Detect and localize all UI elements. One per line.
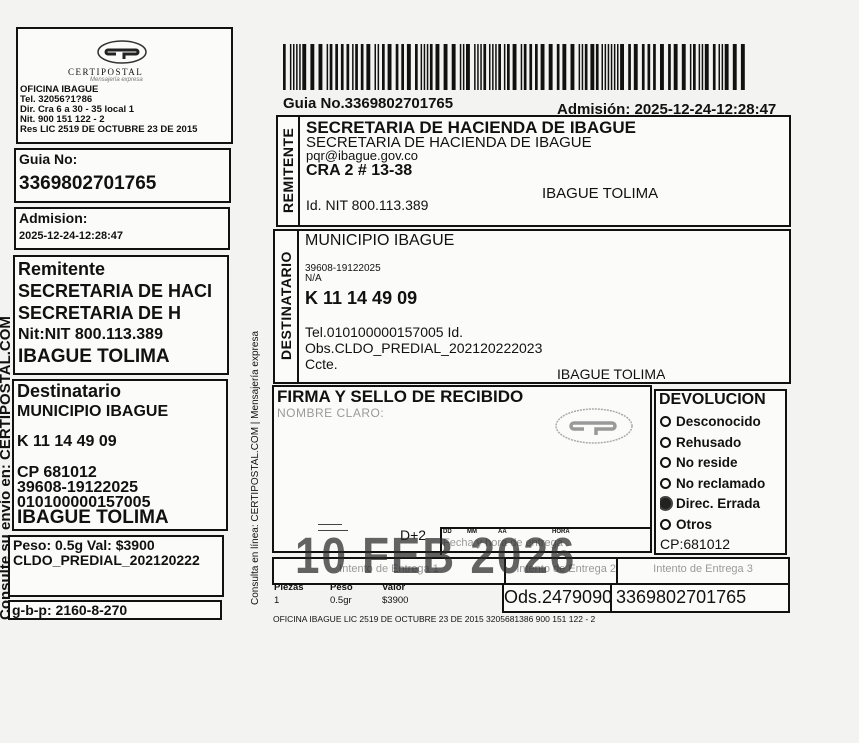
remitente-box: REMITENTE SECRETARIA DE HACIENDA DE IBAG… xyxy=(276,115,791,227)
devolucion-option-label: Desconocido xyxy=(676,414,761,429)
destinatario-na: N/A xyxy=(305,274,381,284)
destinatario-address: K 11 14 49 09 xyxy=(17,433,117,451)
radio-icon[interactable] xyxy=(660,478,671,489)
received-date-stamp: 10 FEB 2026 xyxy=(295,528,576,586)
devolucion-option[interactable]: Desconocido xyxy=(660,412,765,433)
ods-box: Ods.24790901765 xyxy=(502,583,612,613)
piezas-value: $3900 xyxy=(382,595,408,606)
remitente-nit: Nit:NIT 800.113.389 xyxy=(18,324,228,346)
destinatario-side-label: DESTINATARIO xyxy=(278,231,294,381)
office-info: OFICINA IBAGUE Tel. 32056?1?86 Dir. Cra … xyxy=(20,85,197,135)
destinatario-cp: CP 681012 xyxy=(17,465,169,480)
admision-box: Admision: 2025-12-24-12:28:47 xyxy=(14,207,230,250)
devolucion-option[interactable]: Rehusado xyxy=(660,433,765,454)
piezas-value: 0.5gr xyxy=(330,595,352,606)
destinatario-stub-box: Destinatario MUNICIPIO IBAGUE K 11 14 49… xyxy=(12,379,228,531)
remitente-stub-box: Remitente SECRETARIA DE HACI SECRETARIA … xyxy=(13,255,229,375)
destinatario-name: MUNICIPIO IBAGUE xyxy=(305,232,454,250)
destinatario-address: K 11 14 49 09 xyxy=(305,288,417,309)
radio-icon[interactable] xyxy=(660,416,671,427)
piezas-table: Piezas1Peso0.5grValor$3900 xyxy=(272,582,504,612)
devolucion-option-label: Direc. Errada xyxy=(676,496,760,511)
destinatario-name: MUNICIPIO IBAGUE xyxy=(17,403,168,421)
guia-bottom-box: 3369802701765 xyxy=(610,583,790,613)
peso-box: Peso: 0.5g Val: $3900 CLDO_PREDIAL_20212… xyxy=(8,535,224,597)
devolucion-title: DEVOLUCION xyxy=(659,391,766,409)
remitente-id: Id. NIT 800.113.389 xyxy=(306,197,428,213)
remitente-side-label: REMITENTE xyxy=(280,117,296,224)
destinatario-city: IBAGUE TOLIMA xyxy=(17,510,169,525)
firma-title: FIRMA Y SELLO DE RECIBIDO xyxy=(277,387,523,407)
admision-value: 2025-12-24-12:28:47 xyxy=(19,230,123,242)
top-cut-text: OFICINA IBAGUE LIC 2519 DE OCTUBRE 23 DE… xyxy=(450,0,829,3)
footer-text: OFICINA IBAGUE LIC 2519 DE OCTUBRE 23 DE… xyxy=(273,614,595,624)
devolucion-option-label: No reside xyxy=(676,455,738,470)
guia-label: Guia No: xyxy=(19,151,77,167)
guia-bottom-value: 3369802701765 xyxy=(616,587,746,608)
middle-side-text: Consulta en línea: CERTIPOSTAL.COM | Men… xyxy=(250,295,261,605)
admision-label: Admision: xyxy=(19,210,87,226)
office-res: Res LIC 2519 DE OCTUBRE 23 DE 2015 xyxy=(20,125,197,135)
radio-icon[interactable] xyxy=(660,519,671,530)
peso-valor: Peso: 0.5g Val: $3900 xyxy=(13,538,223,553)
destinatario-label: Destinatario xyxy=(17,381,121,402)
devolucion-box: DEVOLUCION DesconocidoRehusadoNo resideN… xyxy=(654,389,787,555)
piezas-value: 1 xyxy=(274,595,279,606)
certipostal-seal-icon xyxy=(554,407,634,450)
devolucion-option-label: Rehusado xyxy=(676,435,741,450)
devolucion-option-label: No reclamado xyxy=(676,476,765,491)
guia-header: Guia No.3369802701765 xyxy=(283,95,453,112)
radio-icon[interactable] xyxy=(660,457,671,468)
devolucion-option[interactable]: Direc. Errada xyxy=(660,494,765,515)
devolucion-option[interactable]: No reclamado xyxy=(660,474,765,495)
destinatario-tel: Tel.010100000157005 Id. xyxy=(305,324,542,340)
devolucion-option[interactable]: No reside xyxy=(660,453,765,474)
guia-number: 3369802701765 xyxy=(19,173,156,195)
stub-side-text: Consulte su envío en: CERTIPOSTAL.COM xyxy=(0,290,14,620)
radio-checked-icon[interactable] xyxy=(660,498,671,509)
certipostal-logo-icon xyxy=(96,39,148,70)
devolucion-cp: CP:681012 xyxy=(660,536,730,552)
destinatario-city: IBAGUE TOLIMA xyxy=(557,366,665,382)
gbp-box: g-b-p: 2160-8-270 xyxy=(8,600,222,620)
devolucion-option[interactable]: Otros xyxy=(660,515,765,536)
remitente-line2: SECRETARIA DE H xyxy=(18,302,228,324)
destinatario-ref: 39608-19122025 xyxy=(17,480,169,495)
devolucion-options: DesconocidoRehusadoNo resideNo reclamado… xyxy=(660,412,765,535)
remitente-label: Remitente xyxy=(18,258,228,280)
destinatario-box: DESTINATARIO MUNICIPIO IBAGUE 39608-1912… xyxy=(273,229,791,384)
remitente-line1: SECRETARIA DE HACI xyxy=(18,280,228,302)
barcode xyxy=(283,44,753,90)
nombre-claro-label: NOMBRE CLARO: xyxy=(277,406,384,420)
remitente-address: CRA 2 # 13-38 xyxy=(306,162,412,180)
gbp-value: g-b-p: 2160-8-270 xyxy=(12,602,127,618)
devolucion-option-label: Otros xyxy=(676,517,712,532)
destinatario-ccte: Ccte. xyxy=(305,356,542,372)
office-header-box: CERTIPOSTAL Mensajería expresa OFICINA I… xyxy=(16,27,233,144)
remitente-name-bold: SECRETARIA DE HACIENDA DE IBAGUE xyxy=(306,119,636,136)
remitente-city: IBAGUE TOLIMA xyxy=(542,185,658,202)
intento-3[interactable]: Intento de Entrega 3 xyxy=(618,563,788,575)
remitente-city: IBAGUE TOLIMA xyxy=(18,346,228,368)
remitente-email: pqr@ibague.gov.co xyxy=(306,148,418,163)
guia-box: Guia No: 3369802701765 xyxy=(14,148,231,203)
destinatario-obs: Obs.CLDO_PREDIAL_202120222023 xyxy=(305,340,542,356)
observacion: CLDO_PREDIAL_202120222 xyxy=(13,553,223,568)
brand-name: CERTIPOSTAL xyxy=(68,67,143,77)
radio-icon[interactable] xyxy=(660,437,671,448)
brand-tagline: Mensajería expresa xyxy=(90,77,143,83)
